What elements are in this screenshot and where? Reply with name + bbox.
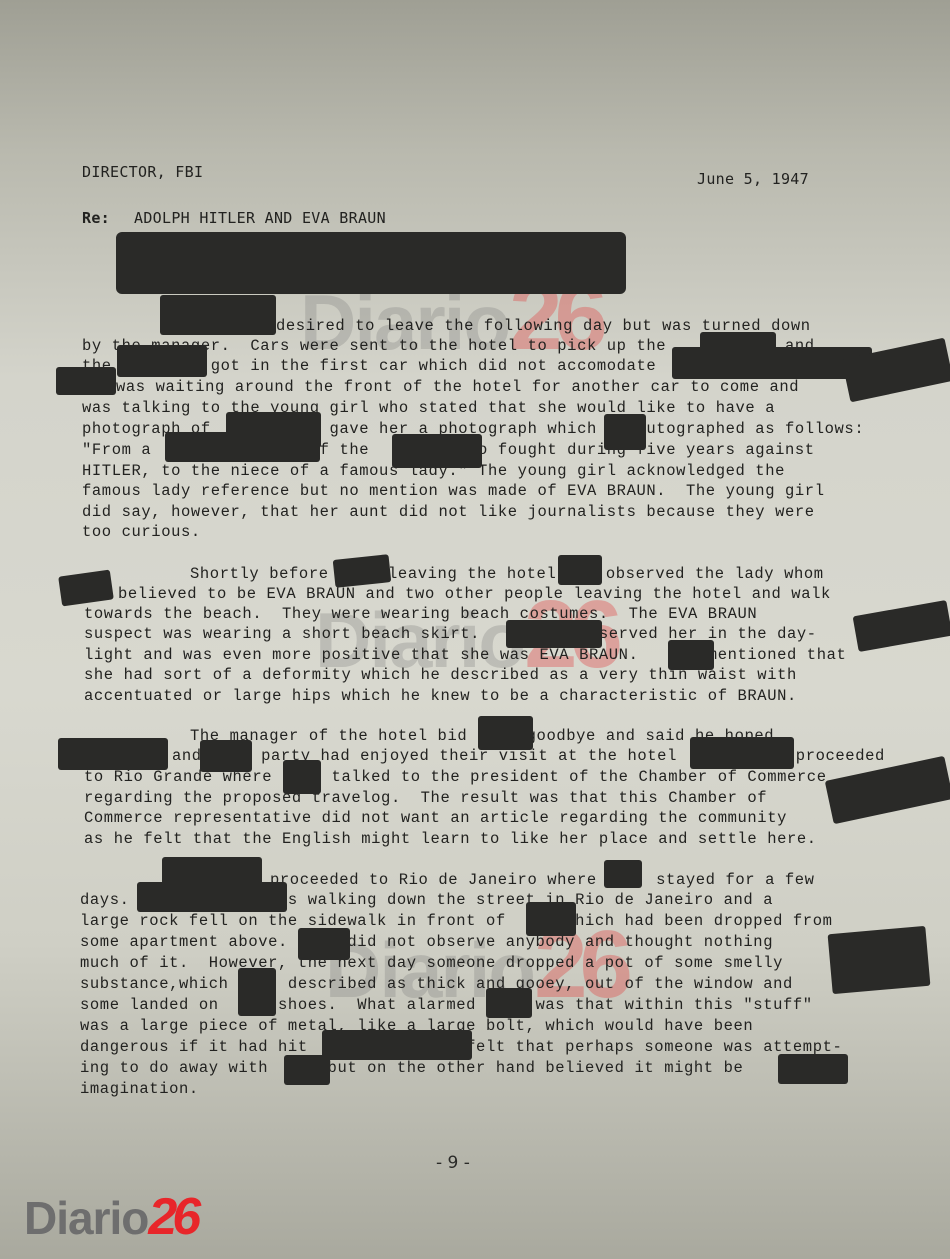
redaction-block bbox=[392, 434, 482, 468]
redaction-block bbox=[825, 756, 950, 824]
redaction-block bbox=[668, 640, 714, 670]
scanned-document-page: Diario26 Diario26 Diario26 DIRECTOR, FBI… bbox=[0, 0, 950, 1259]
redaction-block bbox=[322, 1030, 472, 1060]
redaction-block bbox=[486, 988, 532, 1018]
text-line: too curious. bbox=[82, 523, 201, 541]
addressee: DIRECTOR, FBI bbox=[82, 163, 203, 181]
text-line: was waiting around the front of the hote… bbox=[116, 378, 799, 396]
page-number: - 9 - bbox=[436, 1153, 470, 1173]
redaction-block bbox=[56, 367, 116, 395]
redaction-block bbox=[604, 860, 642, 888]
text-line: accentuated or large hips which he knew … bbox=[84, 687, 797, 705]
text-line: large rock fell on the sidewalk in front… bbox=[80, 912, 833, 930]
subject-line-1: ADOLPH HITLER AND EVA BRAUN bbox=[134, 209, 386, 227]
redaction-block bbox=[283, 760, 321, 794]
redaction-block bbox=[137, 882, 287, 912]
redaction-block bbox=[690, 737, 794, 769]
diario26-logo: Diario26 bbox=[24, 1187, 196, 1247]
text-line: some apartment above. did not observe an… bbox=[80, 933, 773, 951]
redaction-block bbox=[506, 620, 602, 648]
text-line: light and was even more positive that sh… bbox=[84, 646, 846, 664]
text-line: believed to be EVA BRAUN and two other p… bbox=[118, 585, 831, 603]
text-line: imagination. bbox=[80, 1080, 199, 1098]
redaction-block bbox=[298, 928, 350, 960]
redaction-block bbox=[116, 232, 626, 294]
text-line: much of it. However, the next day someon… bbox=[80, 954, 783, 972]
text-line: proceeded to Rio de Janeiro where stayed… bbox=[270, 871, 815, 889]
text-line: was talking to the young girl who stated… bbox=[82, 399, 775, 417]
text-line: towards the beach. They were wearing bea… bbox=[84, 605, 757, 623]
redaction-block bbox=[478, 716, 533, 750]
redaction-block bbox=[200, 740, 252, 772]
text-line: ing to do away with but on the other han… bbox=[80, 1059, 743, 1077]
redaction-block bbox=[558, 555, 602, 585]
redaction-block bbox=[604, 414, 646, 450]
redaction-block bbox=[333, 554, 392, 588]
text-line: Commerce representative did not want an … bbox=[84, 809, 787, 827]
text-line: regarding the proposed travelog. The res… bbox=[84, 789, 767, 807]
redaction-block bbox=[238, 968, 276, 1016]
text-line: to Rio Grande where talked to the presid… bbox=[84, 768, 827, 786]
redaction-block bbox=[58, 738, 168, 770]
text-line: Shortly before leaving the hotel observe… bbox=[190, 565, 824, 583]
text-line: famous lady reference but no mention was… bbox=[82, 482, 825, 500]
document-date: June 5, 1947 bbox=[697, 170, 809, 188]
redaction-block bbox=[165, 432, 320, 462]
text-line: substance,which described as thick and g… bbox=[80, 975, 793, 993]
redaction-block bbox=[284, 1055, 330, 1085]
redaction-block bbox=[117, 345, 207, 377]
redaction-block bbox=[853, 600, 950, 652]
text-line: as he felt that the English might learn … bbox=[84, 830, 817, 848]
redaction-block bbox=[778, 1054, 848, 1084]
text-line: some landed on shoes. What alarmed was t… bbox=[80, 996, 813, 1014]
re-label: Re: bbox=[82, 209, 110, 227]
redaction-block bbox=[828, 926, 931, 994]
redaction-block bbox=[58, 570, 114, 607]
redaction-block bbox=[160, 295, 276, 335]
text-line: did say, however, that her aunt did not … bbox=[82, 503, 815, 521]
redaction-block bbox=[526, 902, 576, 936]
